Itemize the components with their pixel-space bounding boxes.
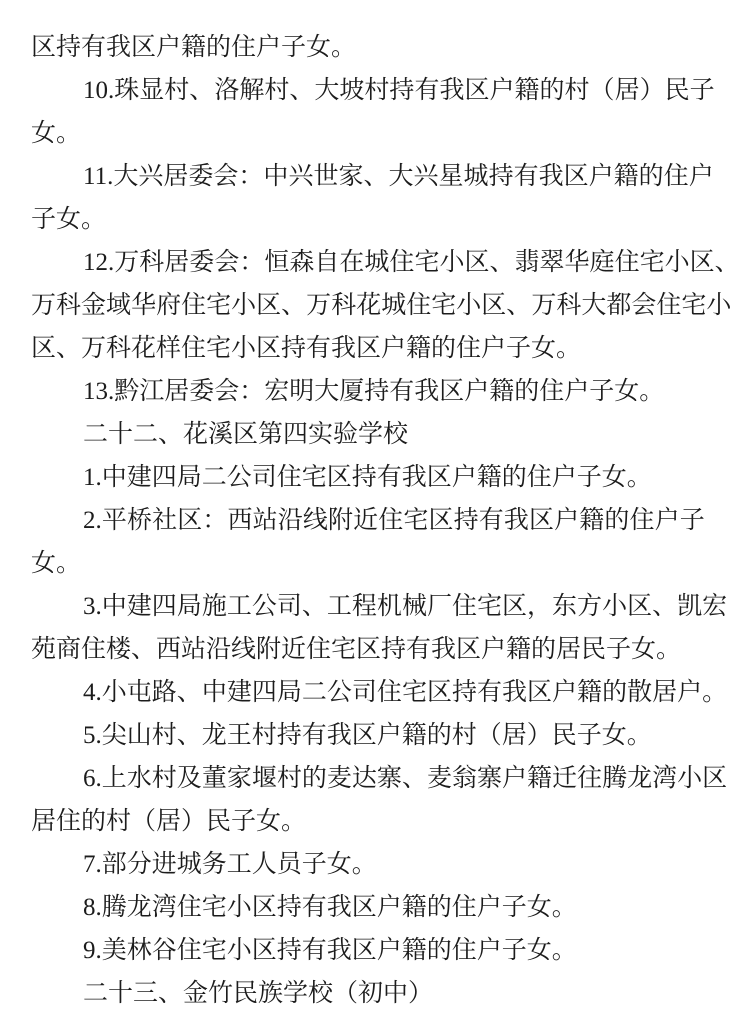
char-group: 大 (581, 284, 606, 327)
char-group: 住 (377, 671, 402, 714)
char-group: 区 (527, 671, 552, 714)
document-line: 6.上水村及董家堰村的麦达寨、麦翁寨户籍迁往腾龙湾小区 (31, 757, 705, 800)
char-group: 11. (83, 155, 113, 198)
char-group: 、 (652, 585, 677, 628)
char-group: 区 (427, 671, 452, 714)
char-group: 施 (202, 585, 227, 628)
char-group: 万 (531, 284, 556, 327)
char-group: 科 (139, 241, 164, 284)
document-line: 11.大兴居委会：中兴世家、大兴星城持有我区户籍的住户 (31, 155, 705, 198)
document-line: 7.部分进城务工人员子女。 (31, 843, 705, 886)
char-group: 小 (439, 241, 464, 284)
char-group: 兴 (414, 155, 439, 198)
char-group: 居 (163, 155, 188, 198)
char-group: 庭 (590, 241, 615, 284)
char-group: 达 (352, 757, 377, 800)
document-line: 4.小屯路、中建四局二公司住宅区持有我区户籍的散居户。 (31, 671, 705, 714)
char-group: 10. (83, 69, 114, 112)
char-group: 、 (363, 155, 388, 198)
char-group: 小 (706, 284, 731, 327)
char-group: 董 (202, 757, 227, 800)
char-group: 路 (152, 671, 177, 714)
char-group: 籍 (579, 499, 604, 542)
char-group: 翠 (540, 241, 565, 284)
char-group: 居 (615, 69, 640, 112)
char-group: 。 (702, 671, 727, 714)
char-group: 局 (277, 671, 302, 714)
char-group: 翡 (515, 241, 540, 284)
char-group: 有 (477, 671, 502, 714)
char-group: 住 (656, 284, 681, 327)
char-group: 寨 (377, 757, 402, 800)
char-group: ： (238, 155, 263, 198)
char-group: 村 (565, 69, 590, 112)
char-group: 万 (114, 241, 139, 284)
document-line: 二十二、花溪区第四实验学校 (31, 413, 705, 456)
char-group: ： (239, 241, 264, 284)
document-line: 二十三、金竹民族学校（初中） (31, 972, 705, 1015)
char-group: 上 (102, 757, 127, 800)
char-group: 持 (389, 69, 414, 112)
char-group: 12. (83, 241, 114, 284)
char-group: 建 (227, 671, 252, 714)
char-group: 迁 (552, 757, 577, 800)
char-group: 村 (364, 69, 389, 112)
char-group: 桥 (127, 499, 152, 542)
char-group: 村 (277, 757, 302, 800)
char-group: 、 (177, 671, 202, 714)
char-group: 的 (639, 155, 664, 198)
char-group: 中 (202, 671, 227, 714)
char-group: 星 (439, 155, 464, 198)
document-line: 1.中建四局二公司住宅区持有我区户籍的住户子女。 (31, 456, 705, 499)
char-group: 户 (689, 155, 714, 198)
char-group: 区 (464, 69, 489, 112)
char-group: 兴 (138, 155, 163, 198)
char-group: 城 (364, 241, 389, 284)
char-group: 会 (214, 241, 239, 284)
document-line: 区、万科花样住宅小区持有我区户籍的住户子女。 (31, 327, 705, 370)
char-group: 2. (83, 499, 102, 542)
document-line: 2.平桥社区：西站沿线附近住宅区持有我区户籍的住户子 (31, 499, 705, 542)
char-group: 子 (680, 499, 705, 542)
char-group: 厂 (427, 585, 452, 628)
char-group: 宅 (414, 241, 439, 284)
char-group: 小 (602, 585, 627, 628)
char-group: 宅 (403, 499, 428, 542)
char-group: 都 (606, 284, 631, 327)
char-group: 有 (414, 69, 439, 112)
char-group: 6. (83, 757, 102, 800)
char-group: ， (527, 585, 552, 628)
char-group: 城 (381, 284, 406, 327)
char-group: 区 (428, 499, 453, 542)
char-group: 区 (564, 155, 589, 198)
document-line: 苑商住楼、西站沿线附近住宅区持有我区户籍的居民子女。 (31, 628, 705, 671)
char-group: 住 (452, 585, 477, 628)
char-group: 自 (314, 241, 339, 284)
char-group: 万 (306, 284, 331, 327)
char-group: 区 (256, 284, 281, 327)
char-group: 司 (277, 585, 302, 628)
char-group: 线 (303, 499, 328, 542)
char-group: 花 (356, 284, 381, 327)
char-group: 宅 (640, 241, 665, 284)
char-group: 近 (353, 499, 378, 542)
char-group: 四 (152, 585, 177, 628)
char-group: 、 (281, 284, 306, 327)
char-group: 麦 (427, 757, 452, 800)
char-group: 委 (188, 155, 213, 198)
char-group: 水 (127, 757, 152, 800)
char-group: 、 (506, 284, 531, 327)
document-line: 区持有我区户籍的住户子女。 (31, 26, 705, 69)
char-group: 寨 (477, 757, 502, 800)
char-group: 户 (489, 69, 514, 112)
char-group: 沿 (278, 499, 303, 542)
char-group: 、 (489, 241, 514, 284)
char-group: 户 (589, 155, 614, 198)
document-line: 5.尖山村、龙王村持有我区户籍的村（居）民子女。 (31, 714, 705, 757)
char-group: 家 (227, 757, 252, 800)
char-group: 小 (231, 284, 256, 327)
char-group: 3. (83, 585, 102, 628)
char-group: 宅 (206, 284, 231, 327)
char-group: 公 (252, 585, 277, 628)
char-group: 凯 (677, 585, 702, 628)
char-group: 宅 (681, 284, 706, 327)
char-group: 社 (152, 499, 177, 542)
document-line: 8.腾龙湾住宅小区持有我区户籍的住户子女。 (31, 886, 705, 929)
char-group: 司 (352, 671, 377, 714)
char-group: 住 (378, 499, 403, 542)
char-group: 中 (263, 155, 288, 198)
char-group: 委 (189, 241, 214, 284)
char-group: 的 (602, 671, 627, 714)
char-group: 大 (113, 155, 138, 198)
char-group: 我 (539, 155, 564, 198)
char-group: 散 (627, 671, 652, 714)
char-group: 兴 (288, 155, 313, 198)
char-group: 二 (302, 671, 327, 714)
char-group: 区 (690, 241, 715, 284)
char-group: 世 (313, 155, 338, 198)
char-group: 、 (715, 241, 740, 284)
char-group: 站 (253, 499, 278, 542)
char-group: 小 (665, 241, 690, 284)
char-group: 的 (604, 499, 629, 542)
char-group: 大 (389, 155, 414, 198)
char-group: 的 (302, 757, 327, 800)
char-group: 籍 (515, 69, 540, 112)
char-group: 程 (352, 585, 377, 628)
char-group: 区 (464, 241, 489, 284)
document-line: 9.美林谷住宅小区持有我区户籍的住户子女。 (31, 929, 705, 972)
char-group: 、 (302, 585, 327, 628)
char-group: 宅 (431, 284, 456, 327)
char-group: 区 (627, 585, 652, 628)
char-group: 持 (452, 671, 477, 714)
char-group: 区 (529, 499, 554, 542)
char-group: 住 (406, 284, 431, 327)
char-group: 会 (631, 284, 656, 327)
char-group: 住 (389, 241, 414, 284)
char-group: 4. (83, 671, 102, 714)
document-line: 12.万科居委会：恒森自在城住宅小区、翡翠华庭住宅小区、 (31, 241, 705, 284)
char-group: 华 (131, 284, 156, 327)
char-group: 区 (177, 499, 202, 542)
char-group: 府 (156, 284, 181, 327)
char-group: （ (590, 69, 615, 112)
char-group: 在 (339, 241, 364, 284)
char-group: 我 (439, 69, 464, 112)
char-group: 堰 (252, 757, 277, 800)
char-group: 住 (181, 284, 206, 327)
char-group: 住 (629, 499, 654, 542)
char-group: 珠 (114, 69, 139, 112)
char-group: 域 (106, 284, 131, 327)
char-group: 小 (456, 284, 481, 327)
char-group: 户 (655, 499, 680, 542)
char-group: 、 (189, 69, 214, 112)
char-group: 科 (56, 284, 81, 327)
char-group: 有 (479, 499, 504, 542)
char-group: 万 (31, 284, 56, 327)
char-group: 户 (554, 499, 579, 542)
char-group: 我 (502, 671, 527, 714)
char-group: 西 (227, 499, 252, 542)
char-group: 工 (327, 585, 352, 628)
char-group: 中 (102, 585, 127, 628)
char-group: 方 (577, 585, 602, 628)
char-group: 翁 (452, 757, 477, 800)
char-group: ） (640, 69, 665, 112)
char-group: 居 (164, 241, 189, 284)
char-group: 户 (677, 671, 702, 714)
char-group: 附 (328, 499, 353, 542)
char-group: 显 (139, 69, 164, 112)
char-group: 机 (377, 585, 402, 628)
char-group: 居 (652, 671, 677, 714)
char-group: 家 (338, 155, 363, 198)
char-group: 、 (402, 757, 427, 800)
char-group: 户 (552, 671, 577, 714)
char-group: 大 (314, 69, 339, 112)
char-group: 小 (677, 757, 702, 800)
char-group: 东 (552, 585, 577, 628)
char-group: 工 (227, 585, 252, 628)
document-line: 10.珠显村、洛解村、大坡村持有我区户籍的村（居）民子 (31, 69, 705, 112)
char-group: 及 (177, 757, 202, 800)
char-group: 解 (239, 69, 264, 112)
char-group: 有 (514, 155, 539, 198)
char-group: 宏 (702, 585, 727, 628)
document-line: 子女。 (31, 198, 705, 241)
char-group: ： (202, 499, 227, 542)
char-group: 坡 (339, 69, 364, 112)
document-page: 区持有我区户籍的住户子女。10.珠显村、洛解村、大坡村持有我区户籍的村（居）民子… (0, 0, 740, 1034)
document-line: 万科金域华府住宅小区、万科花城住宅小区、万科大都会住宅小 (31, 284, 705, 327)
char-group: 械 (402, 585, 427, 628)
char-group: 往 (577, 757, 602, 800)
char-group: 户 (502, 757, 527, 800)
char-group: 洛 (214, 69, 239, 112)
document-line: 居住的村（居）民子女。 (31, 800, 705, 843)
document-line: 13.黔江居委会：宏明大厦持有我区户籍的住户子女。 (31, 370, 705, 413)
char-group: 我 (504, 499, 529, 542)
char-group: 华 (565, 241, 590, 284)
char-group: 村 (164, 69, 189, 112)
char-group: 平 (102, 499, 127, 542)
char-group: 龙 (627, 757, 652, 800)
char-group: 住 (615, 241, 640, 284)
char-group: 村 (264, 69, 289, 112)
char-group: 科 (331, 284, 356, 327)
document-line: 女。 (31, 112, 705, 155)
char-group: 宅 (402, 671, 427, 714)
char-group: 公 (327, 671, 352, 714)
char-group: 、 (289, 69, 314, 112)
char-group: 科 (556, 284, 581, 327)
char-group: 四 (252, 671, 277, 714)
char-group: 恒 (264, 241, 289, 284)
char-group: 区 (502, 585, 527, 628)
char-group: 会 (213, 155, 238, 198)
char-group: 金 (81, 284, 106, 327)
char-group: 宅 (477, 585, 502, 628)
char-group: 小 (102, 671, 127, 714)
char-group: 住 (664, 155, 689, 198)
char-group: 麦 (327, 757, 352, 800)
char-group: 湾 (652, 757, 677, 800)
char-group: 建 (127, 585, 152, 628)
char-group: 森 (289, 241, 314, 284)
document-line: 3.中建四局施工公司、工程机械厂住宅区，东方小区、凯宏 (31, 585, 705, 628)
char-group: 城 (464, 155, 489, 198)
char-group: 局 (177, 585, 202, 628)
char-group: 子 (690, 69, 715, 112)
char-group: 籍 (527, 757, 552, 800)
char-group: 村 (152, 757, 177, 800)
char-group: 屯 (127, 671, 152, 714)
char-group: 持 (454, 499, 479, 542)
char-group: 的 (540, 69, 565, 112)
document-line: 女。 (31, 542, 705, 585)
char-group: 籍 (577, 671, 602, 714)
char-group: 区 (702, 757, 727, 800)
char-group: 区 (481, 284, 506, 327)
char-group: 腾 (602, 757, 627, 800)
char-group: 民 (665, 69, 690, 112)
char-group: 持 (489, 155, 514, 198)
char-group: 籍 (614, 155, 639, 198)
